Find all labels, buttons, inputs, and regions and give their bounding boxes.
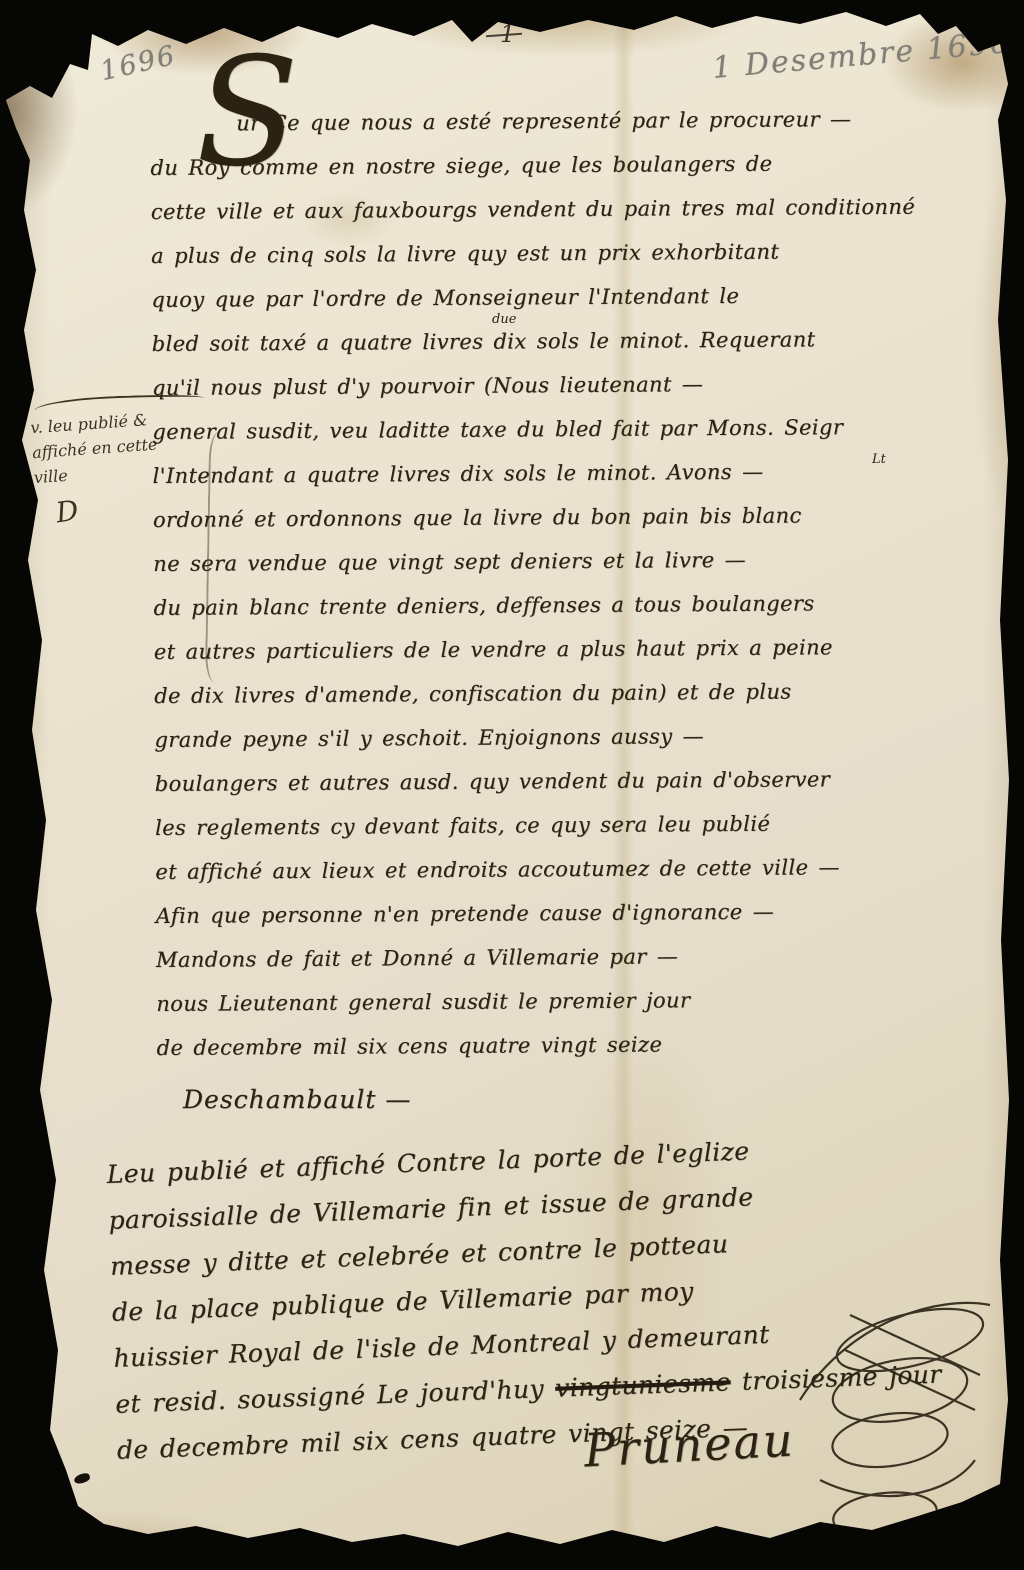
- manuscript-line: ordonné et ordonnons que la livre du bon…: [153, 492, 1013, 542]
- folio-number: 1: [500, 20, 515, 48]
- document-scan: 1696 1 1 Desembre 1696 v. leu publié &af…: [0, 0, 1024, 1570]
- manuscript-line: quoy que par l'ordre de Monseigneur l'In…: [151, 272, 1011, 322]
- manuscript-line: les reglements cy devant faits, ce quy s…: [155, 800, 1015, 850]
- manuscript-line: a plus de cinq sols la livre quy est un …: [151, 228, 1011, 278]
- struck-word: vingtuniesme: [555, 1367, 731, 1402]
- manuscript-line: grande peyne s'il y eschoit. Enjoignons …: [154, 712, 1014, 762]
- manuscript-line: qu'il nous plust d'y pourvoir (Nous lieu…: [152, 360, 1012, 410]
- manuscript-line: du Roy comme en nostre siege, que les bo…: [150, 140, 1010, 190]
- manuscript-line: ur Ce que nous a esté representé par le …: [150, 96, 1010, 146]
- lieutenant-general-signature: Deschambault —: [183, 1085, 411, 1114]
- manuscript-line: et autres particuliers de le vendre a pl…: [154, 624, 1014, 674]
- interlinear-mark: due: [492, 312, 516, 327]
- manuscript-line: de dix livres d'amende, confiscation du …: [154, 668, 1014, 718]
- huissier-signature: Pruneau: [583, 1413, 796, 1478]
- manuscript-line: et affiché aux lieux et endroits accoutu…: [155, 844, 1015, 894]
- struck-line-pre: et resid. soussigné Le jourd'huy: [115, 1374, 556, 1419]
- manuscript-line: du pain blanc trente deniers, deffenses …: [153, 580, 1013, 630]
- manuscript-line: ne sera vendue que vingt sept deniers et…: [153, 536, 1013, 586]
- interlinear-mark: Lt: [872, 452, 886, 467]
- manuscript-line: nous Lieutenant general susdit le premie…: [156, 976, 1016, 1026]
- manuscript-line: Afin que personne n'en pretende cause d'…: [156, 888, 1016, 938]
- signature-paraph-flourish: [790, 1280, 1000, 1570]
- manuscript-line: cette ville et aux fauxbourgs vendent du…: [151, 184, 1011, 234]
- manuscript-line: de decembre mil six cens quatre vingt se…: [156, 1020, 1016, 1070]
- paper-sheet: 1696 1 1 Desembre 1696 v. leu publié &af…: [0, 0, 1024, 1570]
- manuscript-line: boulangers et autres ausd. quy vendent d…: [155, 756, 1015, 806]
- ordinance-body: ur Ce que nous a esté representé par le …: [150, 96, 1017, 1070]
- manuscript-line: general susdit, veu laditte taxe du bled…: [152, 404, 1012, 454]
- manuscript-line: bled soit taxé a quatre livres dix sols …: [152, 316, 1012, 366]
- margin-note-initial: D: [54, 494, 81, 530]
- manuscript-scan-page: { "colors": { "paper": "#eae3cf", "ink":…: [0, 0, 1024, 1570]
- manuscript-line: Mandons de fait et Donné a Villemarie pa…: [156, 932, 1016, 982]
